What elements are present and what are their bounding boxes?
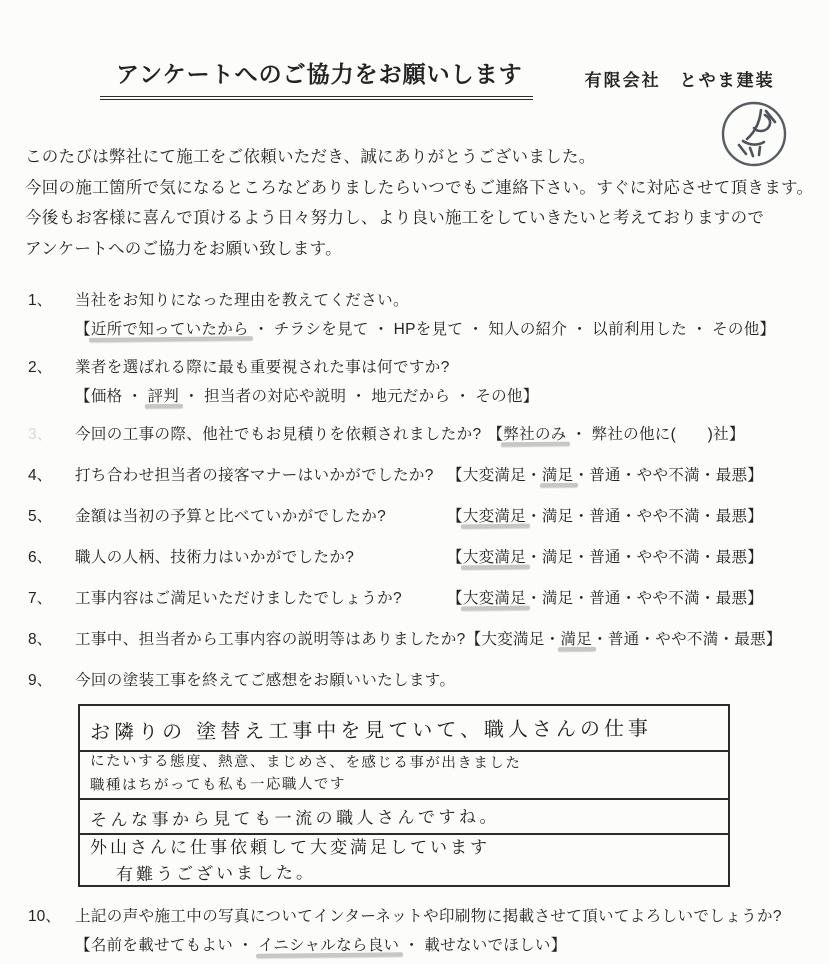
- option-separator: ・: [687, 321, 712, 338]
- bracket-open: 【: [75, 937, 91, 954]
- question-row: 9、今回の塗装工事を終えてご感想をお願いいたします。: [28, 670, 829, 692]
- question-row: 10、上記の声や施工中の写真についてインターネットや印刷物に掲載させて頂いてよろ…: [28, 906, 829, 928]
- answer-option-selected: 大変満足: [463, 590, 526, 607]
- intro-paragraph: このたびは弊社にて施工をご依頼いただき、誠にありがとうございました。今回の施工箇…: [25, 142, 829, 264]
- option-separator: ・: [526, 590, 542, 607]
- bracket-close: 】: [766, 631, 782, 648]
- seal-stamp-icon: [719, 98, 791, 172]
- company-name: 有限会社 とやま建装: [585, 56, 775, 91]
- feedback-row: お隣りの 塗替え工事中を見ていて、職人さんの仕事: [80, 706, 728, 750]
- answer-option: 満足: [542, 590, 574, 607]
- bracket-close: 】: [747, 590, 763, 607]
- answer-option: 普通: [589, 508, 621, 525]
- answer-option-selected: イニシャルなら良い: [258, 937, 399, 954]
- answer-option-selected: 評判: [147, 388, 179, 405]
- option-separator: ・: [700, 590, 716, 607]
- question-number: 6、: [28, 547, 75, 569]
- question-text: 打ち合わせ担当者の接客マナーはいかがでしたか?: [75, 465, 447, 487]
- answer-option: その他: [712, 321, 759, 338]
- option-separator: ・: [545, 631, 561, 648]
- option-separator: ・: [592, 631, 608, 648]
- answer-option: 地元だから: [371, 388, 450, 405]
- answer-option: 最悪: [716, 467, 748, 484]
- answer-option: 満足: [542, 549, 574, 566]
- answer-option-selected: 近所で知っていたから: [91, 321, 249, 338]
- question-row: 8、工事中、担当者から工事内容の説明等はありましたか?【大変満足・満足・普通・や…: [28, 629, 829, 651]
- answer-option-selected: 満足: [560, 631, 592, 648]
- option-separator: ・: [621, 549, 637, 566]
- option-separator: ・: [233, 937, 258, 954]
- handwritten-feedback-box: お隣りの 塗替え工事中を見ていて、職人さんの仕事にたいする態度、熱意、まじめさ、…: [78, 704, 730, 887]
- question-row: 1、当社をお知りになった理由を教えてください。: [28, 290, 829, 312]
- bracket-open: 【: [447, 549, 463, 566]
- answer-options: 【大変満足・満足・普通・やや不満・最悪】: [466, 629, 782, 651]
- question-number: 2、: [28, 357, 75, 379]
- answer-option: 大変満足: [463, 467, 526, 484]
- intro-line: 今後もお客様に喜んで頂けるよう日々努力し、より良い施工をしていきたいと考えており…: [25, 203, 829, 234]
- question-text: 今回の工事の際、他社でもお見積りを依頼されましたか?: [75, 426, 482, 443]
- question-3: 3、今回の工事の際、他社でもお見積りを依頼されましたか?【弊社のみ ・ 弊社の他…: [28, 424, 829, 446]
- option-separator: ・: [463, 321, 488, 338]
- feedback-row: そんな事から見ても一流の職人さんですね。: [80, 798, 728, 833]
- intro-line: アンケートへのご協力をお願い致します。: [25, 234, 829, 265]
- question-number: 10、: [28, 906, 75, 928]
- answer-option: その他: [475, 388, 522, 405]
- question-text: 上記の声や施工中の写真についてインターネットや印刷物に掲載させて頂いてよろしいで…: [75, 908, 782, 925]
- bracket-close: 】: [747, 467, 763, 484]
- bracket-close: 】: [747, 549, 763, 566]
- option-separator: ・: [573, 467, 589, 484]
- answer-option: 普通: [608, 631, 640, 648]
- answer-option: 価格: [91, 388, 123, 405]
- answer-option: 名前を載せてもよい: [91, 937, 233, 954]
- answer-options: 【弊社のみ ・ 弊社の他に( )社】: [488, 426, 745, 443]
- answer-option: HPを見て: [394, 321, 464, 338]
- options-line: 【近所で知っていたから ・ チラシを見て ・ HPを見て ・ 知人の紹介 ・ 以…: [75, 319, 829, 340]
- answer-options: 【大変満足・満足・普通・やや不満・最悪】: [447, 506, 763, 528]
- question-4: 4、打ち合わせ担当者の接客マナーはいかがでしたか?【大変満足・満足・普通・やや不…: [28, 465, 829, 487]
- option-separator: ・: [700, 549, 716, 566]
- option-separator: ・: [369, 321, 394, 338]
- answer-option: やや不満: [637, 549, 700, 566]
- answer-option: 普通: [589, 467, 621, 484]
- answer-options: 【大変満足・満足・普通・やや不満・最悪】: [447, 465, 763, 487]
- option-separator: ・: [567, 321, 592, 338]
- option-separator: ・: [526, 467, 542, 484]
- answer-option: 担当者の対応や説明: [204, 388, 346, 405]
- question-number: 4、: [28, 465, 75, 487]
- option-separator: ・: [573, 508, 589, 525]
- question-8: 8、工事中、担当者から工事内容の説明等はありましたか?【大変満足・満足・普通・や…: [28, 629, 829, 651]
- answer-option: 最悪: [716, 549, 748, 566]
- option-separator: ・: [621, 467, 637, 484]
- option-separator: ・: [526, 508, 542, 525]
- question-5: 5、金額は当初の予算と比べていかがでしたか?【大変満足・満足・普通・やや不満・最…: [28, 506, 829, 528]
- intro-line: このたびは弊社にて施工をご依頼いただき、誠にありがとうございました。: [25, 142, 829, 173]
- answer-options: 【大変満足・満足・普通・やや不満・最悪】: [447, 588, 763, 610]
- question-number: 3、: [28, 424, 75, 446]
- option-separator: ・: [526, 549, 542, 566]
- bracket-open: 【: [488, 426, 504, 443]
- question-text: 工事内容はご満足いただけましたでしょうか?: [75, 588, 447, 610]
- bracket-open: 【: [447, 590, 463, 607]
- question-list: 1、当社をお知りになった理由を教えてください。【近所で知っていたから ・ チラシ…: [28, 290, 829, 956]
- question-number: 8、: [28, 629, 75, 651]
- answer-options: 【大変満足・満足・普通・やや不満・最悪】: [447, 547, 763, 569]
- option-separator: ・: [639, 631, 655, 648]
- option-separator: ・: [621, 590, 637, 607]
- handwritten-line: 外山さんに仕事依頼して大変満足しています: [90, 836, 722, 860]
- question-number: 9、: [28, 670, 75, 692]
- bracket-open: 【: [466, 631, 482, 648]
- bracket-close: 】: [729, 426, 745, 443]
- option-separator: ・: [621, 508, 637, 525]
- question-row: 4、打ち合わせ担当者の接客マナーはいかがでしたか?【大変満足・満足・普通・やや不…: [28, 465, 829, 487]
- option-separator: ・: [346, 388, 371, 405]
- answer-option: 載せないでほしい: [424, 937, 550, 954]
- question-10: 10、上記の声や施工中の写真についてインターネットや印刷物に掲載させて頂いてよろ…: [28, 906, 829, 956]
- answer-option-selected: 満足: [542, 467, 574, 484]
- feedback-row: 外山さんに仕事依頼して大変満足しています有難うございました。: [80, 833, 728, 885]
- answer-option: 最悪: [716, 590, 748, 607]
- answer-option: やや不満: [637, 590, 700, 607]
- question-text: 金額は当初の予算と比べていかがでしたか?: [75, 506, 447, 528]
- options-line: 【価格 ・ 評判 ・ 担当者の対応や説明 ・ 地元だから ・ その他】: [75, 386, 829, 407]
- answer-option: チラシを見て: [274, 321, 369, 338]
- answer-option-selected: 弊社のみ: [503, 426, 566, 443]
- question-1: 1、当社をお知りになった理由を教えてください。【近所で知っていたから ・ チラシ…: [28, 290, 829, 340]
- answer-option: 最悪: [734, 631, 766, 648]
- option-separator: ・: [249, 321, 274, 338]
- option-separator: ・: [719, 631, 735, 648]
- answer-options: 【近所で知っていたから ・ チラシを見て ・ HPを見て ・ 知人の紹介 ・ 以…: [75, 321, 775, 338]
- question-row: 6、職人の人柄、技術力はいかがでしたか?【大変満足・満足・普通・やや不満・最悪】: [28, 547, 829, 569]
- questionnaire-page: アンケートへのご協力をお願いします 有限会社 とやま建装 このたびは弊社にて施工…: [0, 0, 829, 964]
- option-separator: ・: [573, 549, 589, 566]
- answer-option: やや不満: [637, 508, 700, 525]
- question-number: 7、: [28, 588, 75, 610]
- answer-options: 【名前を載せてもよい ・ イニシャルなら良い ・ 載せないでほしい】: [75, 937, 567, 954]
- bracket-open: 【: [447, 467, 463, 484]
- feedback-row: にたいする態度、熱意、まじめさ、を感じる事が出きました職種はちがっても私も一応職…: [80, 750, 728, 798]
- option-separator: ・: [700, 508, 716, 525]
- handwritten-line: 有難うございました。: [116, 857, 722, 887]
- option-separator: ・: [450, 388, 475, 405]
- question-6: 6、職人の人柄、技術力はいかがでしたか?【大変満足・満足・普通・やや不満・最悪】: [28, 547, 829, 569]
- handwritten-line: お隣りの 塗替え工事中を見ていて、職人さんの仕事: [90, 712, 652, 745]
- bracket-open: 【: [447, 508, 463, 525]
- question-text: 業者を選ばれる際に最も重要視された事は何ですか?: [75, 359, 450, 376]
- bracket-close: 】: [551, 937, 567, 954]
- question-text: 当社をお知りになった理由を教えてください。: [75, 292, 409, 309]
- bracket-open: 【: [75, 321, 91, 338]
- bracket-close: 】: [760, 321, 776, 338]
- answer-option: 普通: [589, 590, 621, 607]
- header: アンケートへのご協力をお願いします 有限会社 とやま建装: [0, 0, 829, 100]
- bracket-open: 【: [75, 388, 91, 405]
- answer-options: 【価格 ・ 評判 ・ 担当者の対応や説明 ・ 地元だから ・ その他】: [75, 388, 539, 405]
- answer-option: 知人の紹介: [488, 321, 567, 338]
- options-line: 【名前を載せてもよい ・ イニシャルなら良い ・ 載せないでほしい】: [75, 935, 829, 956]
- option-separator: ・: [700, 467, 716, 484]
- answer-option-selected: 大変満足: [463, 549, 526, 566]
- answer-option: 弊社の他に( )社: [592, 426, 729, 443]
- question-text: 職人の人柄、技術力はいかがでしたか?: [75, 547, 447, 569]
- answer-option: 大変満足: [481, 631, 544, 648]
- question-row: 3、今回の工事の際、他社でもお見積りを依頼されましたか?【弊社のみ ・ 弊社の他…: [28, 424, 829, 446]
- bracket-close: 】: [747, 508, 763, 525]
- answer-option: やや不満: [637, 467, 700, 484]
- question-row: 7、工事内容はご満足いただけましたでしょうか?【大変満足・満足・普通・やや不満・…: [28, 588, 829, 610]
- page-title: アンケートへのご協力をお願いします: [100, 56, 533, 100]
- answer-option: やや不満: [655, 631, 718, 648]
- question-text: 工事中、担当者から工事内容の説明等はありましたか?: [75, 629, 466, 651]
- question-text: 今回の塗装工事を終えてご感想をお願いいたします。: [75, 672, 455, 689]
- option-separator: ・: [567, 426, 592, 443]
- answer-option-selected: 大変満足: [463, 508, 526, 525]
- question-row: 2、業者を選ばれる際に最も重要視された事は何ですか?: [28, 357, 829, 379]
- answer-option: 普通: [589, 549, 621, 566]
- handwritten-line: 職種はちがっても私も一応職人です: [90, 772, 722, 796]
- question-number: 5、: [28, 506, 75, 528]
- option-separator: ・: [399, 937, 424, 954]
- answer-option: 満足: [542, 508, 574, 525]
- question-2: 2、業者を選ばれる際に最も重要視された事は何ですか?【価格 ・ 評判 ・ 担当者…: [28, 357, 829, 407]
- answer-option: 最悪: [716, 508, 748, 525]
- question-9: 9、今回の塗装工事を終えてご感想をお願いいたします。お隣りの 塗替え工事中を見て…: [28, 670, 829, 887]
- question-number: 1、: [28, 290, 75, 312]
- option-separator: ・: [122, 388, 147, 405]
- question-row: 5、金額は当初の予算と比べていかがでしたか?【大変満足・満足・普通・やや不満・最…: [28, 506, 829, 528]
- option-separator: ・: [573, 590, 589, 607]
- question-7: 7、工事内容はご満足いただけましたでしょうか?【大変満足・満足・普通・やや不満・…: [28, 588, 829, 610]
- option-separator: ・: [179, 388, 204, 405]
- handwritten-line: そんな事から見ても一流の職人さんですね。: [90, 802, 500, 831]
- answer-option: 以前利用した: [592, 321, 687, 338]
- intro-line: 今回の施工箇所で気になるところなどありましたらいつでもご連絡下さい。すぐに対応さ…: [25, 173, 829, 204]
- bracket-close: 】: [523, 388, 539, 405]
